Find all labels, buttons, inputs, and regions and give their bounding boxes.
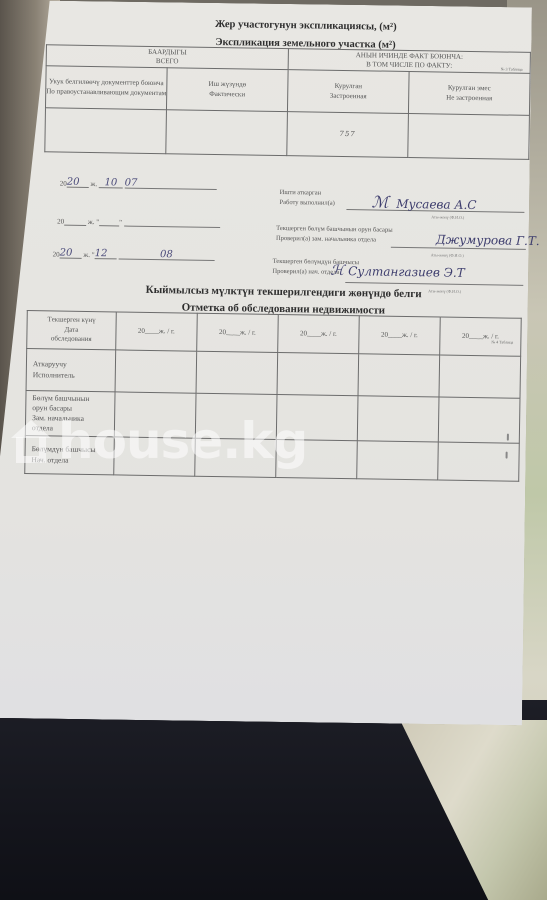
house-icon [8, 420, 54, 464]
date-line-2: 20 ж. "" [57, 214, 220, 228]
value-actual [166, 110, 288, 156]
watermark: house.kg [8, 412, 307, 470]
signature-deputy: Джумурова Г.Т. [436, 232, 540, 248]
signature-block-deputy: Текшерген бөлүм башчынын орун басары Про… [276, 224, 393, 246]
signature-executor: ℳ Мусаева А.С [371, 192, 476, 213]
value-by-documents [45, 108, 167, 154]
signature-head: ℋ Султангазиев Э.Т [330, 263, 465, 281]
col-by-documents: Укук белгилөөчү документтер боюнча По пр… [45, 66, 167, 110]
cell [358, 354, 440, 397]
cell [115, 350, 197, 393]
cell [438, 442, 520, 481]
cell [357, 396, 439, 442]
col-not-built: Курулган эмес Не застроенная [408, 71, 530, 115]
document-content: Жер участогунун экспликациясы, (м²) Эксп… [0, 0, 547, 724]
col-actual: Иш жүзүндө Фактически [166, 68, 288, 112]
fio-label-2: Аты-жөнү (Ф.И.О.) [431, 252, 464, 258]
cell [277, 352, 359, 395]
signature-line-3 [345, 282, 523, 286]
cell [439, 355, 521, 398]
title-kyrgyz: Жер участогунун экспликациясы, (м²) [32, 16, 547, 36]
signature-block-executor: Ишти аткарган Работу выполнил(а) [279, 188, 335, 209]
inspection-date-3: 20____ж. / г. [278, 314, 360, 353]
date-line-3: 2020 ж. "12 08 [53, 247, 215, 261]
inspection-date-5: 20____ж. / г. [440, 317, 522, 356]
date-line-1: 2020 ж. 10 07 [60, 177, 217, 190]
value-built: 757 [287, 112, 409, 158]
staple-mark [506, 452, 508, 459]
value-not-built [408, 113, 530, 159]
cell [357, 441, 439, 480]
inspection-date-4: 20____ж. / г. [359, 316, 441, 355]
inspection-date-label: Текшерген күнү Дата обследования [27, 311, 116, 350]
inspection-date-2: 20____ж. / г. [197, 313, 279, 352]
staple-mark [507, 434, 509, 441]
cell [196, 351, 278, 394]
land-explication-table: БААРДЫГЫ ВСЕГО АНЫН ИЧИНДЕ ФАКТ БОЮНЧА: … [44, 44, 531, 160]
col-built: Курулган Застроенная [287, 70, 409, 114]
fio-label-1: Аты-жөнү (Ф.И.О.) [431, 214, 464, 220]
inspection-date-1: 20____ж. / г. [116, 312, 198, 351]
row-label-executor: Аткаруучу Исполнитель [26, 349, 116, 392]
